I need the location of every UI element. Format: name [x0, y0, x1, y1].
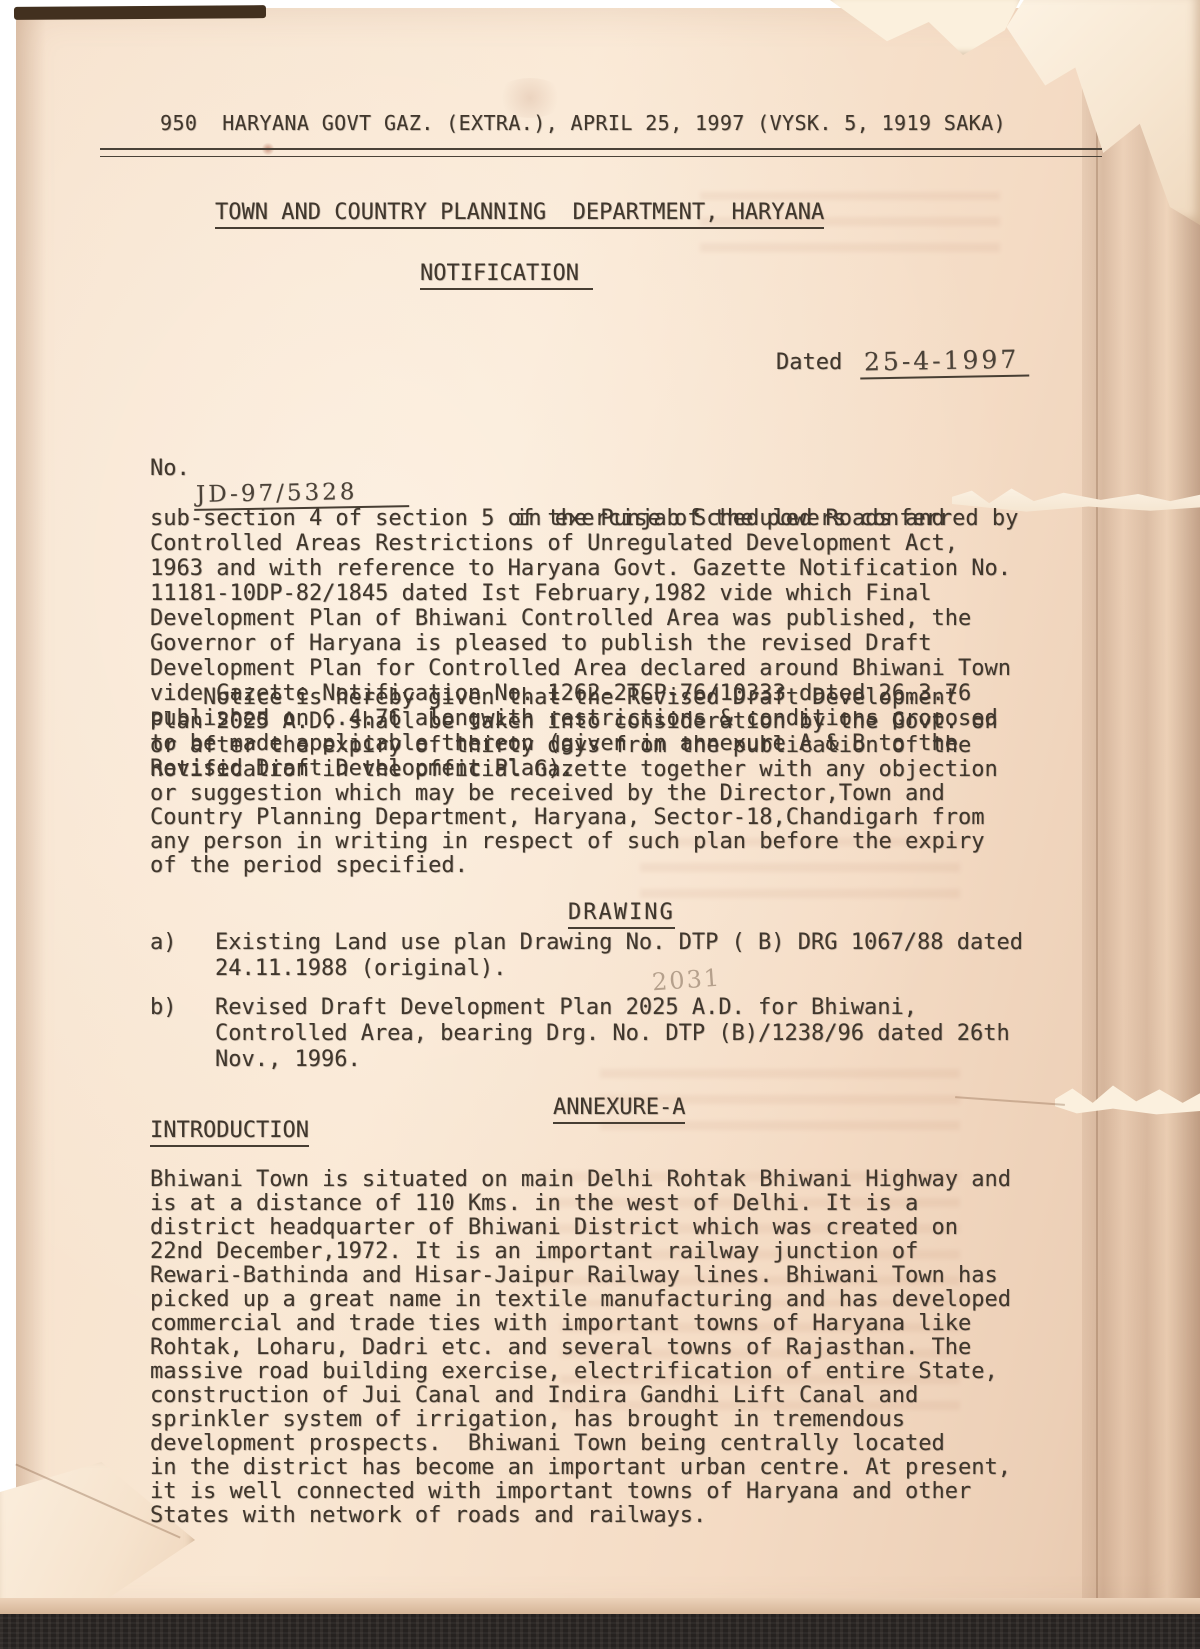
department-title: TOWN AND COUNTRY PLANNING DEPARTMENT, HA…	[215, 200, 824, 225]
drawing-item-b-text: Revised Draft Development Plan 2025 A.D.…	[215, 995, 1075, 1073]
annexure-heading-text: ANNEXURE-A	[553, 1095, 685, 1124]
department-title-text: TOWN AND COUNTRY PLANNING DEPARTMENT, HA…	[215, 200, 824, 229]
drawing-item-a-label: a)	[150, 930, 177, 956]
dark-background-sliver	[14, 5, 266, 20]
introduction-heading-text: INTRODUCTION	[150, 1118, 309, 1147]
scanned-gazette-page: 950 HARYANA GOVT GAZ. (EXTRA.), APRIL 25…	[0, 0, 1200, 1649]
introduction-paragraph: Bhiwani Town is situated on main Delhi R…	[150, 1168, 1050, 1528]
dark-table-surface	[0, 1614, 1200, 1649]
pencil-annotation: 2031	[651, 964, 722, 997]
dated-value-handwritten: 25-4-1997	[860, 345, 1030, 380]
opening-clause: in exercise of the powers conferred by	[515, 506, 1018, 531]
reference-number-handwritten: JD-97/5328	[194, 479, 410, 511]
paper-left-shadow	[16, 8, 46, 1615]
drawing-item-a-text: Existing Land use plan Drawing No. DTP (…	[215, 930, 1075, 982]
gazette-header: 950 HARYANA GOVT GAZ. (EXTRA.), APRIL 25…	[160, 111, 1006, 135]
drawing-item-b-label: b)	[150, 995, 177, 1021]
paragraph-notice: Notice is hereby given that the Revised …	[150, 686, 1050, 878]
vertical-fold-crease	[1096, 0, 1098, 1649]
notification-heading-text: NOTIFICATION	[420, 261, 593, 290]
introduction-heading: INTRODUCTION	[150, 1118, 309, 1143]
reference-label: No.	[150, 456, 190, 481]
header-rule	[100, 148, 1102, 157]
reference-line: No. JD-97/5328 in exercise of the powers…	[150, 431, 1050, 456]
drawing-heading-text: DRAWING	[568, 900, 675, 929]
drawing-heading: DRAWING	[568, 900, 675, 925]
page-stack-right-edge	[1082, 0, 1200, 1649]
annexure-heading: ANNEXURE-A	[553, 1095, 685, 1120]
notification-heading: NOTIFICATION	[420, 261, 593, 286]
dated-label: Dated	[776, 350, 842, 375]
